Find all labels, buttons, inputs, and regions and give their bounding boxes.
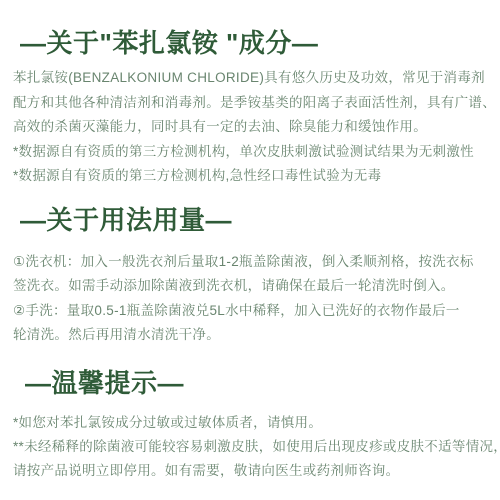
tip-line: 请按产品说明立即停用。如有需要，敬请向医生或药剂师咨询。 [13, 459, 500, 483]
tips-section-title: —温馨提示— [25, 369, 500, 397]
usage-step-line: 轮清洗。然后再用清水清洗干净。 [13, 323, 500, 348]
tips-section-body: *如您对苯扎氯铵成分过敏或过敏体质者，请慎用。 **未经稀释的除菌液可能较容易刺… [13, 411, 500, 483]
ingredient-section-title: —关于"苯扎氯铵 "成分— [20, 29, 500, 57]
tip-line: **未经稀释的除菌液可能较容易刺激皮肤，如使用后出现皮疹或皮肤不适等情况， [13, 435, 500, 459]
usage-section-title: —关于用法用量— [20, 206, 500, 234]
usage-step-line: 签洗衣。如需手动添加除菌液到洗衣机，请确保在最后一轮清洗时倒入。 [13, 274, 500, 299]
body-line: 高效的杀菌灭藻能力，同时具有一定的去油、除臭能力和缓蚀作用。 [13, 115, 500, 140]
section-usage-dosage: —关于用法用量— ①洗衣机：加入一般洗衣剂后量取1-2瓶盖除菌液，倒入柔顺剂格，… [0, 206, 500, 348]
footnote-line: *数据源自有资质的第三方检测机构，单次皮肤刺激试验测试结果为无刺激性 [13, 140, 500, 165]
body-line: 苯扎氯铵(BENZALKONIUM CHLORIDE)具有悠久历史及功效，常见于… [13, 66, 500, 91]
tip-line: *如您对苯扎氯铵成分过敏或过敏体质者，请慎用。 [13, 411, 500, 435]
body-line: 配方和其他各种清洁剂和消毒剂。是季铵基类的阳离子表面活性剂，具有广谱、 [13, 91, 500, 116]
section-warm-tips: —温馨提示— *如您对苯扎氯铵成分过敏或过敏体质者，请慎用。 **未经稀释的除菌… [0, 369, 500, 483]
ingredient-section-body: 苯扎氯铵(BENZALKONIUM CHLORIDE)具有悠久历史及功效，常见于… [13, 66, 500, 189]
footnote-line: *数据源自有资质的第三方检测机构,急性经口毒性试验为无毒 [13, 164, 500, 189]
usage-step-line: ②手洗：量取0.5-1瓶盖除菌液兑5L水中稀释，加入已洗好的衣物作最后一 [13, 299, 500, 324]
product-description-page: —关于"苯扎氯铵 "成分— 苯扎氯铵(BENZALKONIUM CHLORIDE… [0, 0, 500, 500]
usage-step-line: ①洗衣机：加入一般洗衣剂后量取1-2瓶盖除菌液，倒入柔顺剂格，按洗衣标 [13, 250, 500, 275]
section-ingredient-info: —关于"苯扎氯铵 "成分— 苯扎氯铵(BENZALKONIUM CHLORIDE… [0, 29, 500, 189]
usage-section-body: ①洗衣机：加入一般洗衣剂后量取1-2瓶盖除菌液，倒入柔顺剂格，按洗衣标 签洗衣。… [13, 250, 500, 348]
